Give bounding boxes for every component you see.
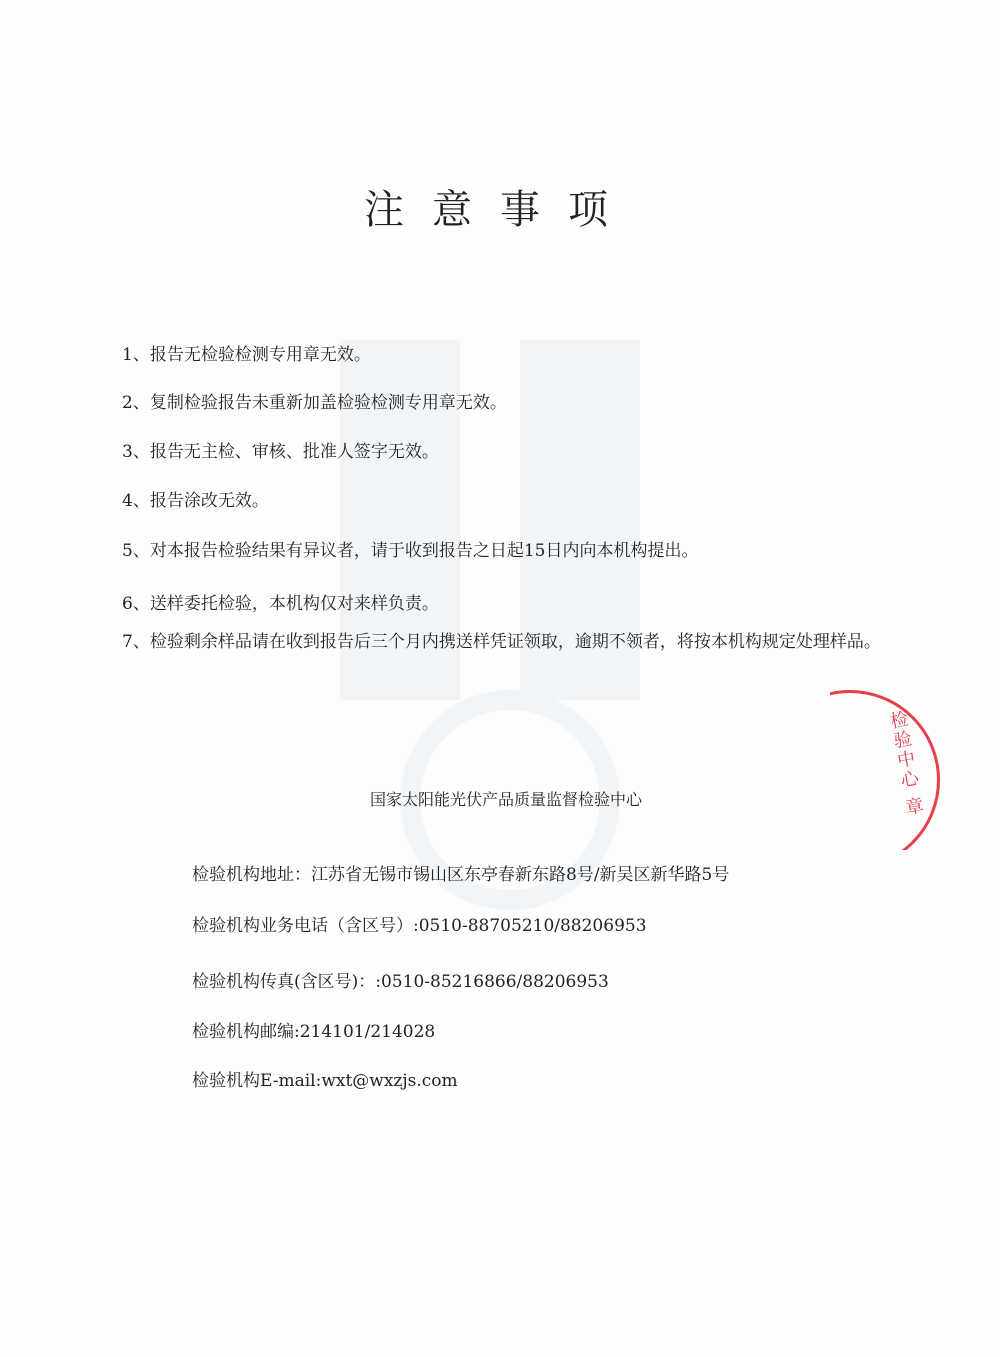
contact-phone: 检验机构业务电话（含区号）:0510-88705210/88206953 — [192, 911, 647, 936]
page-title: 注意事项 — [0, 178, 1000, 235]
contact-fax: 检验机构传真(含区号)：:0510-85216866/88206953 — [192, 967, 609, 992]
notice-item-3: 3、报告无主检、审核、批准人签字无效。 — [122, 440, 902, 464]
notice-item-2: 2、复制检验报告未重新加盖检验检测专用章无效。 — [122, 391, 902, 415]
official-stamp: 检验中心 章 — [830, 690, 1000, 850]
notice-item-6: 6、送样委托检验，本机构仅对来样负责。 — [122, 592, 902, 616]
notice-item-7: 7、检验剩余样品请在收到报告后三个月内携送样凭证领取，逾期不领者，将按本机构规定… — [122, 630, 897, 654]
notice-item-1: 1、报告无检验检测专用章无效。 — [122, 343, 902, 367]
organization-name: 国家太阳能光伏产品质量监督检验中心 — [370, 787, 642, 810]
notice-item-5: 5、对本报告检验结果有异议者，请于收到报告之日起15日内向本机构提出。 — [122, 539, 902, 563]
contact-address: 检验机构地址：江苏省无锡市锡山区东亭春新东路8号/新吴区新华路5号 — [192, 860, 729, 885]
notice-item-4: 4、报告涂改无效。 — [122, 489, 902, 513]
contact-email: 检验机构E-mail:wxt@wxzjs.com — [192, 1066, 458, 1091]
contact-postcode: 检验机构邮编:214101/214028 — [192, 1017, 435, 1042]
